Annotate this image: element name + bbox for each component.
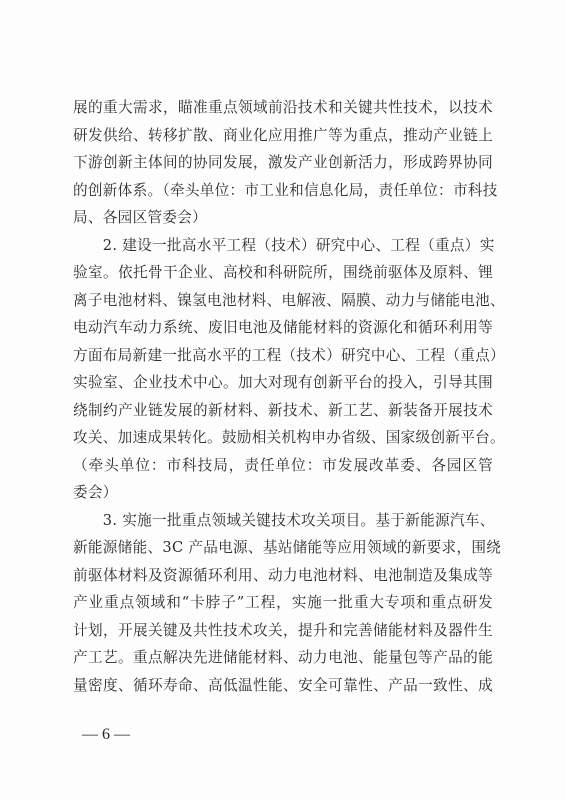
text-line: 下游创新主体间的协同发展，激发产业创新活力，形成跨界协同 [73,149,493,177]
text-line: 攻关、加速成果转化。鼓励相关机构申办省级、国家级创新平台。 [73,424,493,452]
page-number: — 6 — [82,726,130,744]
text-line: 方面布局新建一批高水平的工程（技术）研究中心、工程（重点） [73,342,493,370]
item-2-heading-line: 2. 建设一批高水平工程（技术）研究中心、工程（重点）实 [73,232,493,260]
text-line: 电动汽车动力系统、废旧电池及储能材料的资源化和循环利用等 [73,314,493,342]
item-3-heading-line: 3. 实施一批重点领域关键技术攻关项目。基于新能源汽车、 [73,507,493,535]
text-line: 产业重点领域和“卡脖子”工程，实施一批重大专项和重点研发 [73,589,493,617]
document-page: 展的重大需求，瞄准重点领域前沿技术和关键共性技术，以技术 研发供给、转移扩散、商… [0,0,565,800]
text-line: 量密度、循环寿命、高低温性能、安全可靠性、产品一致性、成 [73,672,493,700]
text-line: （牵头单位：市科技局，责任单位：市发展改革委、各园区管 [73,452,493,480]
text-line: 计划，开展关键及共性技术攻关，提升和完善储能材料及器件生 [73,617,493,645]
text-line: 验室。依托骨干企业、高校和科研院所，围绕前驱体及原料、锂 [73,259,493,287]
text-line: 委会） [73,479,493,507]
text-line: 产工艺。重点解决先进储能材料、动力电池、能量包等产品的能 [73,644,493,672]
text-line: 新能源储能、3C 产品电源、基站储能等应用领域的新要求，围绕 [73,534,493,562]
text-line: 局、各园区管委会） [73,204,493,232]
text-line: 绕制约产业链发展的新材料、新技术、新工艺、新装备开展技术 [73,397,493,425]
text-line: 前驱体材料及资源循环利用、动力电池材料、电池制造及集成等 [73,562,493,590]
text-line: 研发供给、转移扩散、商业化应用推广等为重点，推动产业链上 [73,122,493,150]
text-line: 实验室、企业技术中心。加大对现有创新平台的投入，引导其围 [73,369,493,397]
text-line: 的创新体系。（牵头单位：市工业和信息化局，责任单位：市科技 [73,177,493,205]
text-line: 展的重大需求，瞄准重点领域前沿技术和关键共性技术，以技术 [73,94,493,122]
document-body: 展的重大需求，瞄准重点领域前沿技术和关键共性技术，以技术 研发供给、转移扩散、商… [73,94,493,699]
text-line: 离子电池材料、镍氢电池材料、电解液、隔膜、动力与储能电池、 [73,287,493,315]
